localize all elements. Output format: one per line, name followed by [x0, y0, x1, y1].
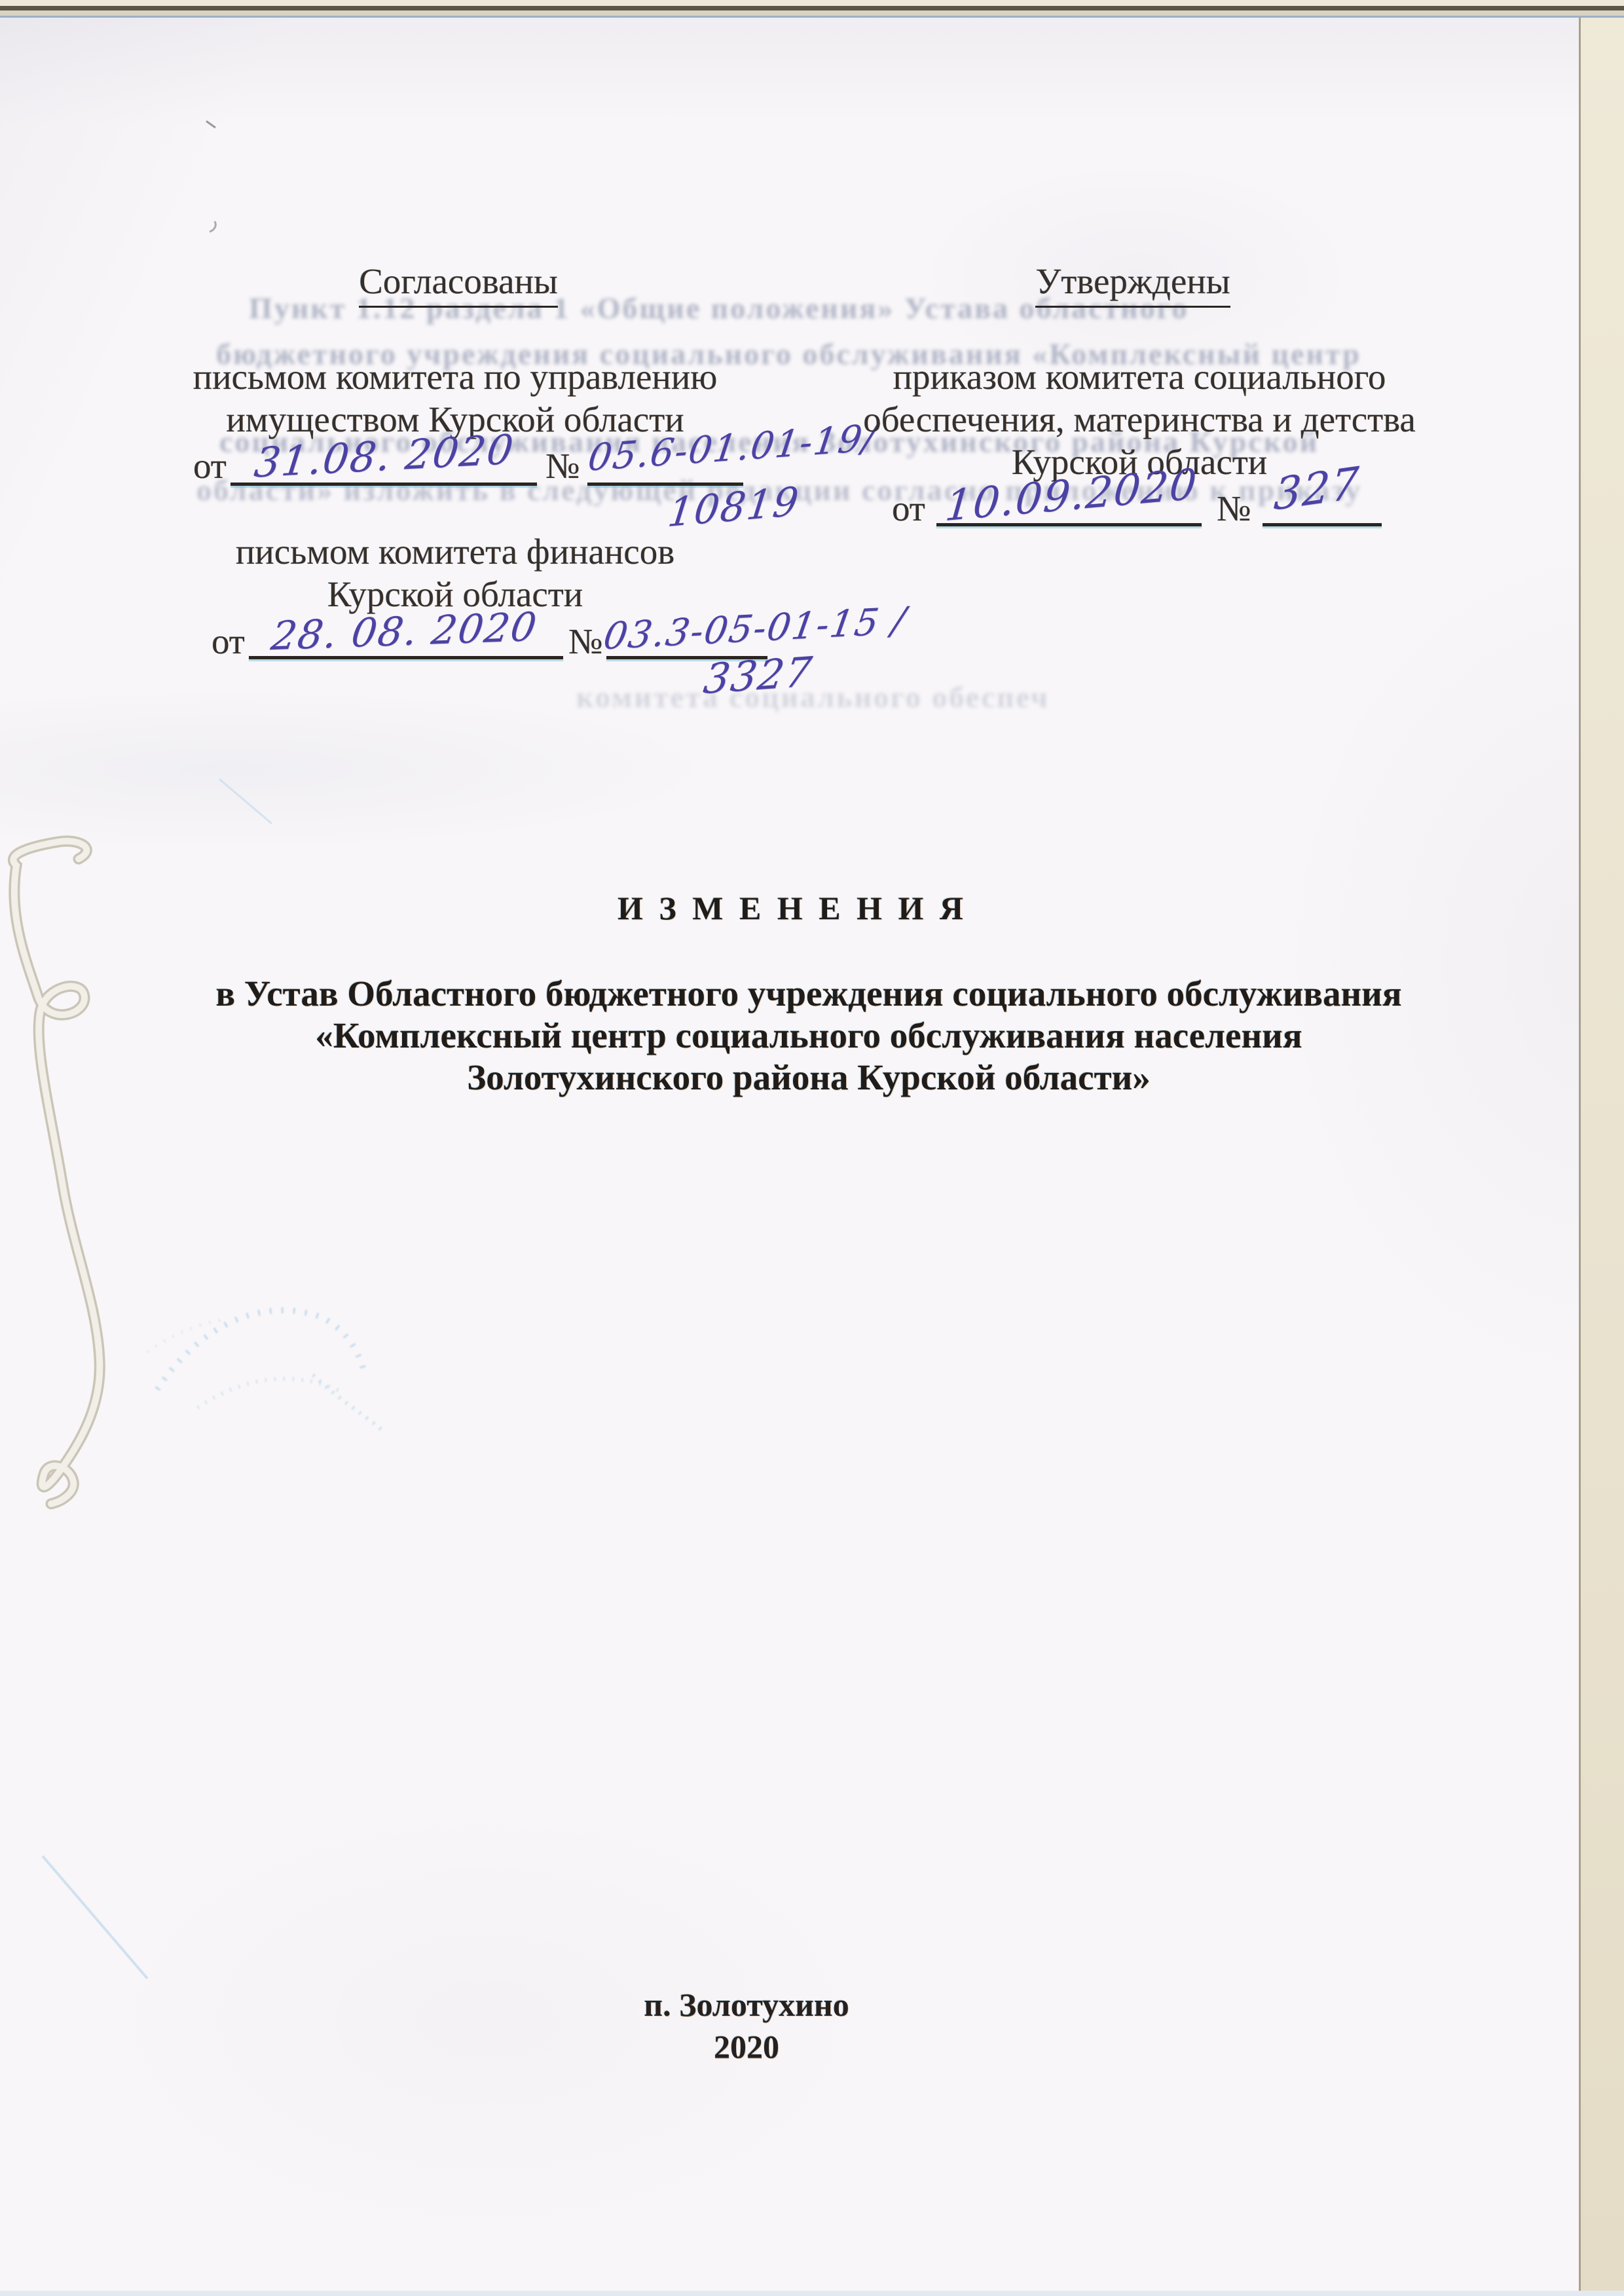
footer-year: 2020 — [0, 2026, 1493, 2068]
faint-stamp-mark — [147, 1310, 385, 1432]
agreed-header: Согласованы — [262, 261, 655, 308]
agreed-org2-number-tail-handwritten: 3327 — [701, 647, 816, 703]
binding-thread — [13, 841, 100, 1504]
document-title: И З М Е Н Е Н И Я — [0, 889, 1585, 927]
subtitle-line2: «Комплексный центр социального обслужива… — [7, 1015, 1611, 1057]
subtitle-line3: Золотухинского района Курской области» — [7, 1057, 1611, 1099]
agreed-org1-line1: письмом комитета по управлению — [160, 355, 750, 398]
approved-org-name: приказом комитета социального обеспечени… — [819, 355, 1460, 483]
scanner-edge-right — [1579, 14, 1624, 2296]
tiny-speck — [206, 121, 215, 128]
approved-number-underline — [1263, 523, 1382, 526]
approved-org-line2: обеспечения, материнства и детства — [819, 398, 1460, 441]
agreed-org2-line1: письмом комитета финансов — [160, 530, 750, 573]
document-footer: п. Золотухино 2020 — [0, 1984, 1493, 2068]
scanner-edge-bottom — [0, 2291, 1624, 2296]
scanned-document-page: Пункт 1.12 раздела 1 «Общие положения» У… — [0, 0, 1624, 2296]
blue-streak-mark — [43, 1856, 147, 1978]
approved-header: Утверждены — [936, 261, 1329, 308]
blue-streak-mark — [219, 779, 272, 824]
agreed-org2-from-label: от — [212, 621, 245, 662]
agreed-org2-name: письмом комитета финансов Курской област… — [160, 530, 750, 615]
tiny-speck — [210, 221, 215, 232]
agreed-org2-no-label: № — [568, 621, 602, 662]
scanner-edge-top — [0, 0, 1624, 20]
approved-no-label: № — [1217, 488, 1251, 529]
document-subtitle: в Устав Областного бюджетного учреждения… — [7, 973, 1611, 1099]
footer-place: п. Золотухино — [0, 1984, 1493, 2026]
approved-from-label: от — [892, 488, 925, 529]
subtitle-line1: в Устав Областного бюджетного учреждения… — [7, 973, 1611, 1015]
approved-org-line1: приказом комитета социального — [819, 355, 1460, 398]
agreed-org1-no-label: № — [545, 445, 580, 486]
ghost-text-line: комитета социального обеспечения — [576, 680, 1048, 714]
agreed-org1-from-label: от — [193, 445, 227, 486]
